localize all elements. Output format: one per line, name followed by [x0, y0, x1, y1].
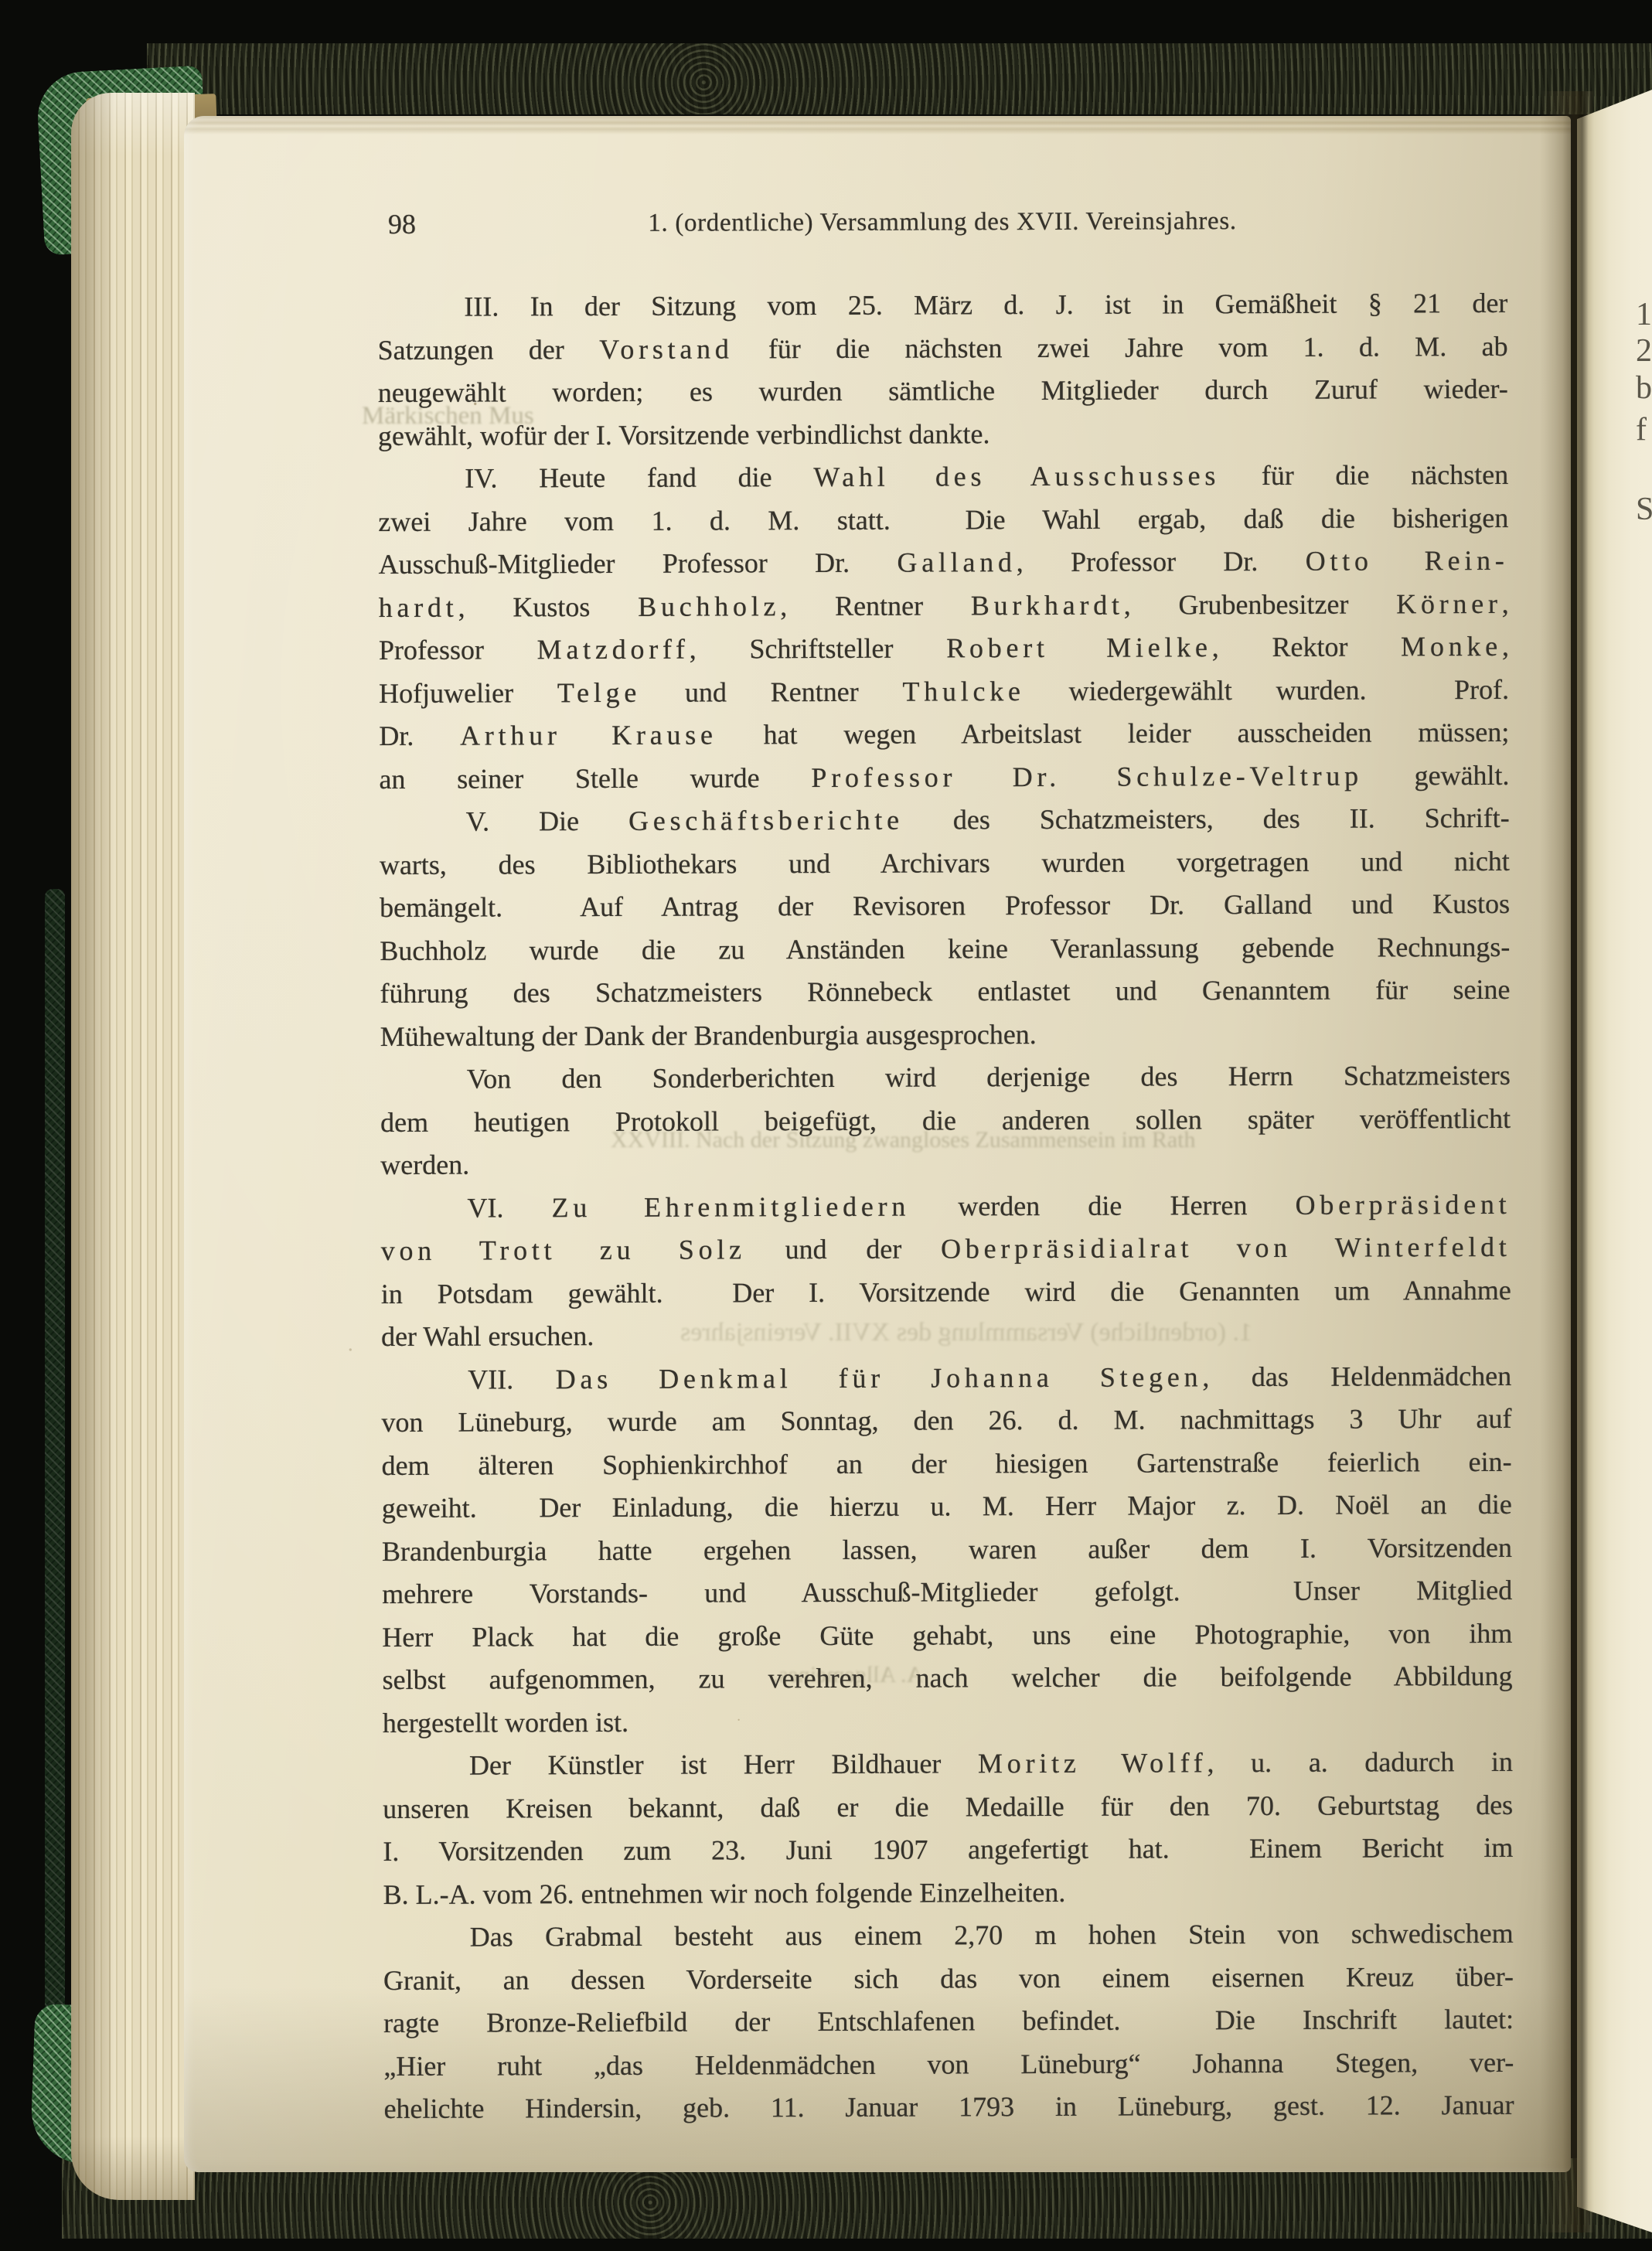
text-line: dem älteren Sophienkirchhof an der hiesi…: [382, 1440, 1512, 1487]
text-segment: an seiner Stelle wurde: [379, 762, 811, 795]
letterspaced-name: Das Denkmal für Johanna Stegen: [556, 1361, 1203, 1395]
text-line: hergestellt worden ist.: [383, 1698, 1513, 1745]
letterspaced-name: Oberpräsidialrat von Winterfeldt: [941, 1231, 1511, 1265]
text-line: der Wahl ersuchen.: [381, 1312, 1511, 1359]
text-segment: für die nächsten: [1220, 459, 1508, 491]
letterspaced-name: hardt: [379, 591, 458, 622]
text-segment: werden die Herren: [910, 1189, 1296, 1221]
text-segment: gewählt, wofür der I. Vorsitzende verbin…: [378, 418, 990, 451]
page-text: 98 1. (ordentliche) Versammlung des XVII…: [376, 0, 1514, 2251]
text-segment: dem älteren Sophienkirchhof an der hiesi…: [382, 1446, 1512, 1480]
letterspaced-name: Matzdorff: [537, 634, 690, 666]
gutter-shadow: [1540, 91, 1594, 2232]
text-segment: hat wegen Arbeitslast leider ausscheiden…: [717, 717, 1510, 751]
text-line: VI. Zu Ehrenmitgliedern werden die Herre…: [380, 1183, 1511, 1230]
text-segment: , Kustos: [458, 591, 638, 622]
green-cloth-left-edge: [45, 889, 65, 2048]
text-line: führung des Schatzmeisters Rönnebeck ent…: [380, 969, 1510, 1016]
letterspaced-name: Thulcke: [902, 676, 1024, 707]
text-line: I. Vorsitzenden zum 23. Juni 1907 angefe…: [383, 1827, 1513, 1874]
text-segment: selbst aufgenommen, zu verehren, nach we…: [383, 1660, 1513, 1695]
letterspaced-name: Burkhardt: [971, 589, 1124, 621]
text-segment: , Grubenbesitzer: [1124, 588, 1397, 620]
text-line: III. In der Sitzung vom 25. März d. J. i…: [377, 282, 1507, 329]
text-segment: , Professor Dr.: [1017, 546, 1306, 577]
text-segment: führung des Schatzmeisters Rönnebeck ent…: [380, 974, 1510, 1009]
text-segment: mehrere Vorstands- und Ausschuß-Mitglied…: [382, 1575, 1512, 1609]
text-segment: Buchholz wurde die zu Anständen keine Ve…: [380, 931, 1510, 965]
text-segment: , u. a. dadurch in: [1207, 1746, 1513, 1778]
text-segment: VI.: [467, 1192, 551, 1223]
text-segment: Granit, an dessen Vorderseite sich das v…: [383, 1960, 1514, 1995]
text-segment: , das Heldenmädchen: [1202, 1360, 1511, 1391]
text-segment: des Schatzmeisters, des II. Schrift-: [904, 802, 1510, 836]
letterspaced-name: Galland: [897, 547, 1016, 578]
text-line: „Hier ruht „das Heldenmädchen von Lünebu…: [383, 2041, 1514, 2088]
text-segment: V. Die: [466, 805, 628, 837]
page-number: 98: [388, 203, 416, 246]
text-segment: , Schriftsteller: [690, 632, 947, 664]
text-segment: , Rektor: [1212, 631, 1402, 662]
text-segment: neugewählt worden; es wurden sämtliche M…: [378, 373, 1508, 408]
text-segment: IV. Heute fand die: [465, 461, 813, 494]
text-segment: für die nächsten zwei Jahre vom 1. d. M.…: [734, 330, 1508, 363]
text-line: gewählt, wofür der I. Vorsitzende verbin…: [378, 410, 1508, 458]
facing-page-letter: 2: [1636, 332, 1652, 369]
letterspaced-name: Monke: [1401, 631, 1502, 662]
running-header: 98 1. (ordentliche) Versammlung des XVII…: [377, 199, 1507, 246]
text-line: Satzungen der Vorstand für die nächsten …: [377, 325, 1507, 372]
text-line: warts, des Bibliothekars und Archivars w…: [380, 839, 1510, 887]
text-segment: I. Vorsitzenden zum 23. Juni 1907 angefe…: [383, 1832, 1513, 1867]
text-line: mehrere Vorstands- und Ausschuß-Mitglied…: [382, 1569, 1512, 1616]
text-segment: ehelichte Hindersin, geb. 11. Januar 179…: [383, 2089, 1514, 2124]
text-segment: zwei Jahre vom 1. d. M. statt. Die Wahl …: [378, 502, 1508, 536]
text-line: unseren Kreisen bekannt, daß er die Meda…: [383, 1783, 1513, 1830]
text-line: Mühewaltung der Dank der Brandenburgia a…: [380, 1011, 1511, 1058]
text-line: ragte Bronze-Reliefbild der Entschlafene…: [383, 1998, 1514, 2045]
text-segment: Professor: [379, 634, 537, 666]
text-line: IV. Heute fand die Wahl des Ausschusses …: [378, 454, 1508, 501]
book-scan: Märkischen MusXXVIII. Nach der Sitzung z…: [0, 0, 1652, 2251]
letterspaced-name: Zu Ehrenmitgliedern: [552, 1190, 911, 1223]
text-line: Das Grabmal besteht aus einem 2,70 m hoh…: [383, 1912, 1514, 1960]
text-segment: von Lüneburg, wurde am Sonntag, den 26. …: [381, 1403, 1511, 1438]
text-segment: der Wahl ersuchen.: [381, 1320, 594, 1352]
text-line: Hofjuwelier Telge und Rentner Thulcke wi…: [379, 668, 1509, 715]
letterspaced-name: Telge: [557, 676, 641, 707]
text-line: Buchholz wurde die zu Anständen keine Ve…: [380, 925, 1510, 972]
text-segment: , Rentner: [780, 590, 971, 621]
body-text: III. In der Sitzung vom 25. März d. J. i…: [377, 282, 1514, 2131]
letterspaced-name: von Trott zu Solz: [381, 1234, 746, 1266]
text-segment: hergestellt worden ist.: [383, 1706, 628, 1738]
text-line: VII. Das Denkmal für Johanna Stegen, das…: [381, 1354, 1511, 1401]
text-line: zwei Jahre vom 1. d. M. statt. Die Wahl …: [378, 496, 1508, 543]
facing-page-letter: b: [1636, 369, 1652, 407]
page-edge-stack: [71, 93, 195, 2200]
text-segment: III. In der Sitzung vom 25. März d. J. i…: [464, 288, 1507, 322]
text-segment: und Rentner: [641, 676, 902, 707]
text-line: V. Die Geschäftsberichte des Schatzmeist…: [380, 797, 1510, 844]
text-line: Dr. Arthur Krause hat wegen Arbeitslast …: [379, 711, 1509, 758]
letterspaced-name: Moritz Wolff: [978, 1747, 1207, 1779]
text-segment: wiedergewählt wurden. Prof.: [1025, 673, 1510, 706]
letterspaced-name: Buchholz: [638, 591, 780, 622]
text-segment: ,: [1502, 587, 1509, 618]
letterspaced-name: Körner: [1396, 587, 1502, 618]
text-segment: Mühewaltung der Dank der Brandenburgia a…: [380, 1019, 1037, 1052]
text-segment: gewählt.: [1363, 759, 1510, 791]
letterspaced-name: Arthur Krause: [460, 719, 717, 751]
text-segment: und der: [746, 1233, 941, 1265]
letterspaced-name: Robert Mielke: [946, 632, 1212, 663]
facing-page-letter: f: [1636, 411, 1652, 448]
text-segment: dem heutigen Protokoll beigefügt, die an…: [380, 1102, 1511, 1137]
running-header-title: 1. (ordentliche) Versammlung des XVII. V…: [377, 199, 1507, 246]
text-segment: unseren Kreisen bekannt, daß er die Meda…: [383, 1789, 1513, 1824]
text-segment: geweiht. Der Einladung, die hierzu u. M.…: [382, 1489, 1512, 1524]
text-segment: bemängelt. Auf Antrag der Revisoren Prof…: [380, 888, 1510, 923]
text-segment: ragte Bronze-Reliefbild der Entschlafene…: [383, 2004, 1514, 2038]
text-segment: Brandenburgia hatte ergehen lassen, ware…: [382, 1531, 1512, 1566]
text-line: B. L.-A. vom 26. entnehmen wir noch folg…: [383, 1869, 1513, 1916]
text-line: geweiht. Der Einladung, die hierzu u. M.…: [382, 1483, 1512, 1531]
letterspaced-name: Otto Rein-: [1306, 545, 1509, 577]
text-line: hardt, Kustos Buchholz, Rentner Burkhard…: [379, 582, 1509, 629]
letterspaced-name: Vorstand: [599, 333, 734, 365]
text-segment: werden.: [380, 1149, 469, 1180]
text-segment: B. L.-A. vom 26. entnehmen wir noch folg…: [383, 1876, 1065, 1909]
text-segment: Der Künstler ist Herr Bildhauer: [469, 1748, 978, 1780]
text-line: von Lüneburg, wurde am Sonntag, den 26. …: [381, 1398, 1511, 1445]
text-line: werden.: [380, 1140, 1511, 1187]
text-line: Granit, an dessen Vorderseite sich das v…: [383, 1955, 1514, 2002]
letterspaced-name: Professor Dr. Schulze-Veltrup: [811, 760, 1363, 792]
letterspaced-name: Wahl des Ausschusses: [813, 460, 1220, 492]
facing-page-letter: S: [1636, 491, 1652, 528]
text-segment: Hofjuwelier: [379, 677, 557, 709]
letterspaced-name: Oberpräsident: [1296, 1188, 1511, 1220]
text-line: Herr Plack hat die große Güte gehabt, un…: [382, 1612, 1512, 1659]
text-segment: Von den Sonderberichten wird derjenige d…: [467, 1060, 1511, 1095]
text-line: dem heutigen Protokoll beigefügt, die an…: [380, 1097, 1511, 1144]
text-segment: warts, des Bibliothekars und Archivars w…: [380, 845, 1510, 880]
text-line: selbst aufgenommen, zu verehren, nach we…: [382, 1655, 1512, 1702]
text-segment: Dr.: [379, 720, 460, 751]
text-segment: Ausschuß-Mitglieder Professor Dr.: [378, 547, 897, 580]
text-line: neugewählt worden; es wurden sämtliche M…: [378, 368, 1508, 415]
letterspaced-name: Geschäftsberichte: [628, 805, 904, 836]
text-segment: ,: [1502, 631, 1509, 662]
text-line: Der Künstler ist Herr Bildhauer Moritz W…: [383, 1741, 1513, 1788]
text-segment: VII.: [468, 1364, 556, 1395]
text-segment: Satzungen der: [378, 333, 600, 365]
text-line: ehelichte Hindersin, geb. 11. Januar 179…: [383, 2084, 1514, 2131]
text-segment: Das Grabmal besteht aus einem 2,70 m hoh…: [470, 1918, 1514, 1953]
facing-page-letter: 1: [1636, 296, 1652, 333]
text-line: von Trott zu Solz und der Oberpräsidialr…: [381, 1226, 1511, 1273]
text-line: Ausschuß-Mitglieder Professor Dr. Gallan…: [378, 540, 1508, 587]
text-segment: Herr Plack hat die große Güte gehabt, un…: [382, 1617, 1512, 1652]
text-line: Brandenburgia hatte ergehen lassen, ware…: [382, 1526, 1512, 1573]
text-line: an seiner Stelle wurde Professor Dr. Sch…: [379, 754, 1509, 801]
text-line: in Potsdam gewählt. Der I. Vorsitzende w…: [381, 1269, 1511, 1316]
text-segment: in Potsdam gewählt. Der I. Vorsitzende w…: [381, 1274, 1511, 1309]
text-line: Von den Sonderberichten wird derjenige d…: [380, 1054, 1511, 1102]
text-segment: „Hier ruht „das Heldenmädchen von Lünebu…: [383, 2046, 1514, 2081]
text-line: bemängelt. Auf Antrag der Revisoren Prof…: [380, 883, 1510, 930]
text-line: Professor Matzdorff, Schriftsteller Robe…: [379, 625, 1509, 673]
